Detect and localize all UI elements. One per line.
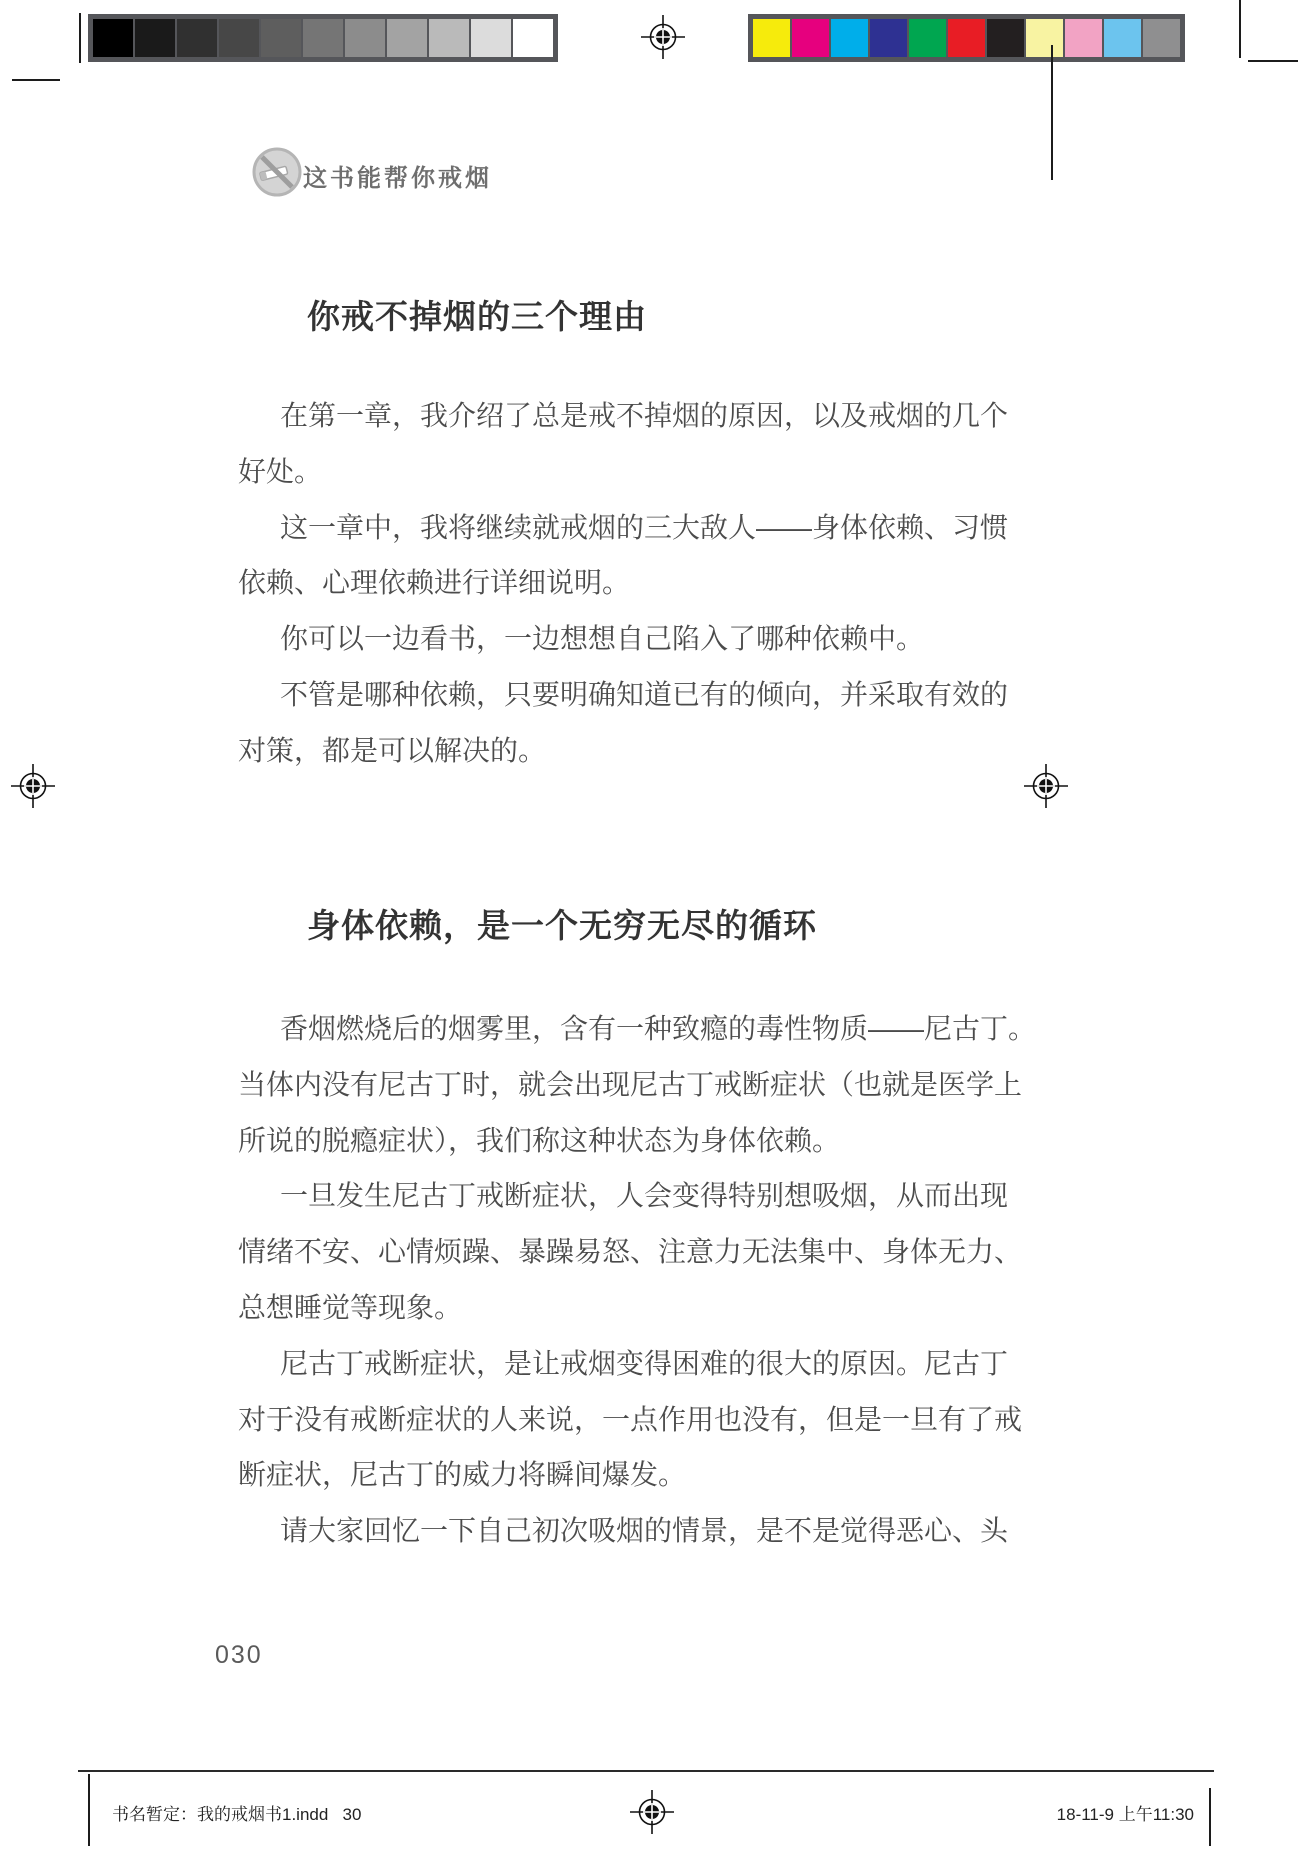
calibration-swatch [261,19,301,57]
calibration-swatch [387,19,427,57]
body-text-line: 总想睡觉等现象。 [238,1280,1038,1336]
body-text-line: 请大家回忆一下自己初次吸烟的情景，是不是觉得恶心、头 [238,1503,1038,1559]
calibration-swatch [219,19,259,57]
body-text-block: 香烟燃烧后的烟雾里，含有一种致瘾的毒性物质——尼古丁。 当体内没有尼古丁时，就会… [238,1001,1038,1559]
body-text-line: 在第一章，我介绍了总是戒不掉烟的原因，以及戒烟的几个 [238,388,1038,444]
book-page: 这书能帮你戒烟 你戒不掉烟的三个理由 在第一章，我介绍了总是戒不掉烟的原因，以及… [0,0,1298,1849]
body-text-block: 在第一章，我介绍了总是戒不掉烟的原因，以及戒烟的几个 好处。 这一章中，我将继续… [238,388,1038,779]
crop-mark [1051,45,1053,180]
body-text-line: 当体内没有尼古丁时，就会出现尼古丁戒断症状（也就是医学上 [238,1057,1038,1113]
footer-rule [78,1770,1214,1772]
body-text-line: 尼古丁戒断症状，是让戒烟变得困难的很大的原因。尼古丁 [238,1336,1038,1392]
page-number: 030 [215,1641,263,1670]
body-text-line: 对策，都是可以解决的。 [238,723,1038,779]
calibration-swatch [303,19,343,57]
calibration-swatch [792,19,829,57]
calibration-swatch [1026,19,1063,57]
grayscale-calibration-bar [88,14,558,62]
body-text-line: 情绪不安、心情烦躁、暴躁易怒、注意力无法集中、身体无力、 [238,1224,1038,1280]
body-text-line: 一旦发生尼古丁戒断症状，人会变得特别想吸烟，从而出现 [238,1168,1038,1224]
body-text-line: 你可以一边看书，一边想想自己陷入了哪种依赖中。 [238,611,1038,667]
body-text-line: 不管是哪种依赖，只要明确知道已有的倾向，并采取有效的 [238,667,1038,723]
body-text-line: 好处。 [238,444,1038,500]
registration-mark-icon [641,15,685,59]
body-text-line: 对于没有戒断症状的人来说，一点作用也没有，但是一旦有了戒 [238,1392,1038,1448]
footer-filename: 书名暂定：我的戒烟书1.indd 30 [112,1800,361,1825]
calibration-swatch [513,19,553,57]
calibration-swatch [909,19,946,57]
calibration-swatch [987,19,1024,57]
calibration-swatch [1065,19,1102,57]
body-text-line: 所说的脱瘾症状），我们称这种状态为身体依赖。 [238,1113,1038,1169]
crop-mark [88,1774,90,1846]
book-series-title: 这书能帮你戒烟 [303,158,492,193]
calibration-swatch [429,19,469,57]
registration-mark-icon [630,1790,674,1834]
calibration-swatch [93,19,133,57]
no-smoking-icon [251,146,303,198]
body-text-line: 香烟燃烧后的烟雾里，含有一种致瘾的毒性物质——尼古丁。 [238,1001,1038,1057]
calibration-swatch [753,19,790,57]
calibration-swatch [177,19,217,57]
crop-mark [79,13,81,63]
calibration-swatch [471,19,511,57]
body-text-line: 依赖、心理依赖进行详细说明。 [238,555,1038,611]
calibration-swatch [831,19,868,57]
section-heading: 你戒不掉烟的三个理由 [307,291,647,338]
calibration-swatch [135,19,175,57]
calibration-swatch [1143,19,1180,57]
crop-mark [1248,60,1298,62]
color-calibration-bar [748,14,1185,62]
calibration-swatch [870,19,907,57]
body-text-line: 这一章中，我将继续就戒烟的三大敌人——身体依赖、习惯 [238,500,1038,556]
body-text-line: 断症状，尼古丁的威力将瞬间爆发。 [238,1447,1038,1503]
registration-mark-icon [11,764,55,808]
calibration-swatch [948,19,985,57]
calibration-swatch [345,19,385,57]
crop-mark [1239,0,1241,58]
footer-timestamp: 18-11-9 上午11:30 [1057,1800,1194,1825]
crop-mark [12,79,60,81]
section-heading: 身体依赖，是一个无穷无尽的循环 [307,900,817,947]
crop-mark [1209,1788,1211,1846]
calibration-swatch [1104,19,1141,57]
